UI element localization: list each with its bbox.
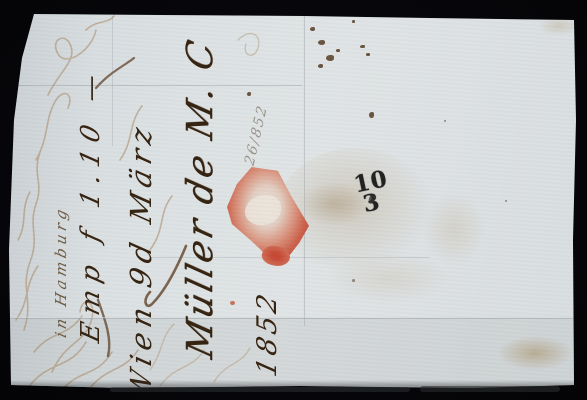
fold-crease-vertical-left [112, 16, 113, 146]
ink-speck [360, 45, 365, 48]
ink-speck [247, 92, 251, 96]
stain-bottom-center [326, 252, 450, 304]
ink-speck [352, 20, 355, 23]
ink-speck [352, 279, 355, 282]
wax-seal-lifted-center [245, 195, 281, 225]
pencil-note: 26/852 [242, 102, 271, 167]
edge-shadow-strip [420, 386, 560, 392]
ink-speck [336, 49, 340, 52]
ink-speck [369, 112, 374, 118]
stain-around-seal [278, 148, 433, 273]
stain-top-right [538, 16, 580, 36]
handstamp-value-bottom: 3 [361, 189, 394, 216]
docket-year: 1852 [252, 287, 283, 379]
ink-speck [326, 55, 334, 61]
ink-speck [366, 53, 370, 56]
wax-speck [230, 301, 235, 305]
rate-handstamp: 10 3 [352, 168, 394, 216]
ink-speck [318, 64, 323, 68]
ink-speck [505, 200, 507, 202]
docket-sender-name: Müller de M. C [180, 34, 221, 362]
fold-crease-vertical [303, 16, 305, 326]
photo-background: Müller de M. C Wien 9d März Emp f 1.10 —… [0, 0, 587, 400]
edge-shadow-strip [110, 387, 410, 392]
docket-amount: Emp f 1.10 — [76, 63, 106, 345]
ink-speck [444, 120, 446, 122]
docket-place-date: Wien 9d März [124, 118, 158, 400]
letter-paper: Müller de M. C Wien 9d März Emp f 1.10 —… [0, 0, 587, 400]
docket-side-note: in Hamburg [52, 203, 70, 339]
ink-speck [318, 40, 325, 45]
stain-right-middle [422, 192, 486, 266]
ink-speck [310, 27, 315, 31]
